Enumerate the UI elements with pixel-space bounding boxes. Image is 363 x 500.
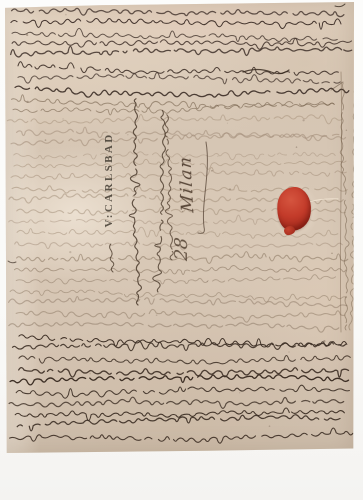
letter-sheet: V:CARLSBAD Milan 28: [5, 2, 354, 453]
wax-seal-blob: [275, 185, 313, 232]
wax-seal: [277, 187, 311, 231]
scanned-letter-photo: V:CARLSBAD Milan 28: [0, 0, 363, 500]
